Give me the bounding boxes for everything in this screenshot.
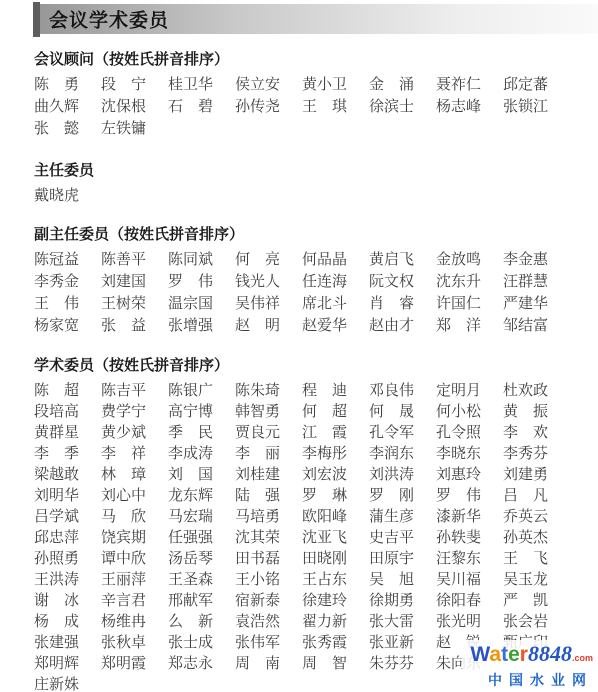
member-name: 辛言君 [101,590,146,611]
member-name: 高宁博 [168,401,213,422]
member-name: 张光明 [436,611,481,632]
member-name: 徐滨士 [369,96,414,118]
member-name: 杨成 [34,611,79,632]
member-name: 李祥 [101,443,146,464]
member-name: 谭中欣 [101,548,146,569]
member-name: 曲久辉 [34,96,79,118]
member-name: 刘心中 [101,485,146,506]
member-name: 孙英杰 [503,527,548,548]
member-name: 左铁镛 [101,118,146,140]
member-name: 漆新华 [436,506,481,527]
member-name: 黄群星 [34,422,79,443]
member-name: 王洪涛 [34,569,79,590]
chair-name-list: 戴晓虎 [34,185,570,207]
member-name: 刘建勇 [503,464,548,485]
member-name: 马培勇 [235,506,280,527]
member-name: 任连海 [302,271,347,293]
member-name: 陆强 [235,485,280,506]
member-name: 赵明 [235,315,280,337]
member-name: 黄启飞 [369,249,414,271]
member-name: 张士成 [168,632,213,653]
section-academic-members-title: 学术委员（按姓氏拼音排序） [34,356,570,376]
member-name: 孔令照 [436,422,481,443]
member-name: 桂卫华 [168,74,213,96]
member-name: 费学宁 [101,401,146,422]
member-name: 马宏瑞 [168,506,213,527]
member-name: 吕学斌 [34,506,79,527]
member-name: 翟力新 [302,611,347,632]
member-name: 李秀金 [34,271,79,293]
member-name: 陈冠益 [34,249,79,271]
member-name: 史吉平 [369,527,414,548]
member-name: 石碧 [168,96,213,118]
member-name: 段培高 [34,401,79,422]
member-name: 郑明霞 [101,653,146,674]
member-name: 刘洪涛 [369,464,414,485]
member-name: 张益 [101,315,146,337]
member-name: 吴伟祥 [235,293,280,315]
member-name: 吴旭 [369,569,414,590]
member-name: 田书磊 [235,548,280,569]
member-name: 赵爱华 [302,315,347,337]
member-name: 李梅彤 [302,443,347,464]
member-name: 杨维冉 [101,611,146,632]
member-name: 任强强 [168,527,213,548]
member-name: 贾良元 [235,422,280,443]
member-name: 张建强 [34,632,79,653]
member-name: 江霞 [302,422,347,443]
member-name: 李成涛 [168,443,213,464]
member-name: 陈吉平 [101,380,146,401]
member-name: 朱芬芬 [369,653,414,674]
member-name: 黄小卫 [302,74,347,96]
member-name: 陈超 [34,380,79,401]
member-name: 邢献军 [168,590,213,611]
member-name: 马欣 [101,506,146,527]
brand-letter: a [489,643,501,666]
vice-chairs-name-list: 陈冠益陈善平陈同斌何亮何品晶黄启飞金放鸣李金惠李秀金刘建国罗伟钱光人任连海阮文权… [34,249,570,337]
member-name: 庄新姝 [34,674,79,692]
member-name: 季民 [168,422,213,443]
member-name: 金放鸣 [436,249,481,271]
member-name: 严建华 [503,293,548,315]
member-name: 王琪 [302,96,347,118]
member-name: 王树荣 [101,293,146,315]
member-name: 沈保根 [101,96,146,118]
member-name: 杨志峰 [436,96,481,118]
member-name: 定明月 [436,380,481,401]
member-name: 侯立安 [235,74,280,96]
member-name: 刘惠玲 [436,464,481,485]
member-name: 何品晶 [302,249,347,271]
member-name: 周南 [235,653,280,674]
member-name: 周智 [302,653,347,674]
member-name: 何小松 [436,401,481,422]
section-chair: 主任委员 戴晓虎 [34,161,570,207]
member-name: 吕凡 [503,485,548,506]
member-name: 汪黎东 [436,548,481,569]
member-name: 李秀芬 [503,443,548,464]
member-name: 严凯 [503,590,548,611]
member-name: 吴川福 [436,569,481,590]
watermark-tagline: 中国水业网 [470,672,593,688]
member-name: 张增强 [168,315,213,337]
member-name: 张秋卓 [101,632,146,653]
member-name: 李金惠 [503,249,548,271]
member-name: 汪群慧 [503,271,548,293]
member-name: 席北斗 [302,293,347,315]
member-name: 郑志永 [168,653,213,674]
advisors-name-list: 陈勇段宁桂卫华侯立安黄小卫金涌聂祚仁邱定蕃曲久辉沈保根石碧孙传尧王琪徐滨士杨志峰… [34,74,570,140]
member-name: 郑明辉 [34,653,79,674]
member-name: 陈朱琦 [235,380,280,401]
member-name: 孙轶斐 [436,527,481,548]
member-name: 程迪 [302,380,347,401]
member-name: 阮文权 [369,271,414,293]
member-name: 刘明华 [34,485,79,506]
member-name: 孙照勇 [34,548,79,569]
member-name: 许国仁 [436,293,481,315]
section-advisors: 会议顾问（按姓氏拼音排序） 陈勇段宁桂卫华侯立安黄小卫金涌聂祚仁邱定蕃曲久辉沈保… [34,50,570,140]
member-name: 徐建玲 [302,590,347,611]
member-name: 邱定蕃 [503,74,548,96]
page-title: 会议学术委员 [49,6,169,33]
member-name: 罗伟 [168,271,213,293]
member-name: 田原宇 [369,548,414,569]
member-name: 沈亚飞 [302,527,347,548]
section-vice-chairs-title: 副主任委员（按姓氏拼音排序） [34,225,570,245]
member-name: 邱忠萍 [34,527,79,548]
member-name: 刘建国 [101,271,146,293]
member-name: 何亮 [235,249,280,271]
member-name: 张亚新 [369,632,414,653]
member-name: 陈勇 [34,74,79,96]
member-name: 陈同斌 [168,249,213,271]
member-name: 邓良伟 [369,380,414,401]
member-name: 金涌 [369,74,414,96]
member-name: 肖睿 [369,293,414,315]
member-name: 乔英云 [503,506,548,527]
member-name: 李丽 [235,443,280,464]
member-name: 杨家宽 [34,315,79,337]
member-name: 龙东辉 [168,485,213,506]
member-name: 田晓刚 [302,548,347,569]
brand-number: 8848 [528,641,572,666]
water8848-watermark-logo: Water8848.com 中国水业网 [462,640,596,690]
member-name: 蒲生彦 [369,506,414,527]
member-name: 林璋 [101,464,146,485]
brand-letter: e [508,643,520,666]
member-name: 罗伟 [436,485,481,506]
member-name: 刘桂建 [235,464,280,485]
member-name: 徐阳春 [436,590,481,611]
member-name: 王伟 [34,293,79,315]
member-name: 张会岩 [503,611,548,632]
member-name: 刘宏波 [302,464,347,485]
committee-content: 会议顾问（按姓氏拼音排序） 陈勇段宁桂卫华侯立安黄小卫金涌聂祚仁邱定蕃曲久辉沈保… [0,50,598,692]
member-name: 戴晓虎 [34,185,79,207]
member-name: 王占东 [302,569,347,590]
member-name: 梁越敢 [34,464,79,485]
member-name: 宿新泰 [235,590,280,611]
member-name: 张大雷 [369,611,414,632]
member-name: 沈其荣 [235,527,280,548]
brand-tld: .com [572,653,593,663]
member-name: 钱光人 [235,271,280,293]
member-name: 邹结富 [503,315,548,337]
member-name: 吴玉龙 [503,569,548,590]
watermark-brand-line: Water8848.com [470,642,593,670]
member-name: 陈善平 [101,249,146,271]
member-name: 谢冰 [34,590,79,611]
member-name: 徐期勇 [369,590,414,611]
member-name: 王飞 [503,548,548,569]
member-name: 李晓东 [436,443,481,464]
member-name: 何超 [302,401,347,422]
member-name: 杜欢政 [503,380,548,401]
section-chair-title: 主任委员 [34,161,570,181]
member-name: 王丽萍 [101,569,146,590]
member-name: 王小铭 [235,569,280,590]
brand-letter: W [470,643,489,666]
member-name: 沈东升 [436,271,481,293]
member-name: 黄振 [503,401,548,422]
header-accent-bar [33,2,40,37]
member-name: 刘国 [168,464,213,485]
member-name: 黄少斌 [101,422,146,443]
member-name: 李欢 [503,422,548,443]
member-name: 段宁 [101,74,146,96]
member-name: 张懿 [34,118,79,140]
page-header: 会议学术委员 [0,4,598,34]
member-name: 郑洋 [436,315,481,337]
member-name: 张锁江 [503,96,548,118]
member-name: 么新 [168,611,213,632]
member-name: 罗琳 [302,485,347,506]
member-name: 汤岳琴 [168,548,213,569]
member-name: 袁浩然 [235,611,280,632]
member-name: 张秀霞 [302,632,347,653]
member-name: 王圣森 [168,569,213,590]
member-name: 李季 [34,443,79,464]
member-name: 赵由才 [369,315,414,337]
brand-letters: Water [470,648,528,665]
section-advisors-title: 会议顾问（按姓氏拼音排序） [34,50,570,70]
member-name: 孔令军 [369,422,414,443]
member-name: 何晟 [369,401,414,422]
brand-letter: r [520,643,528,666]
member-name: 罗刚 [369,485,414,506]
member-name: 温宗国 [168,293,213,315]
member-name: 李润东 [369,443,414,464]
member-name: 陈银广 [168,380,213,401]
section-vice-chairs: 副主任委员（按姓氏拼音排序） 陈冠益陈善平陈同斌何亮何品晶黄启飞金放鸣李金惠李秀… [34,225,570,337]
member-name: 韩智勇 [235,401,280,422]
member-name: 饶宾期 [101,527,146,548]
page: { "header": { "title": "会议学术委员" }, "sect… [0,0,598,692]
member-name: 聂祚仁 [436,74,481,96]
member-name: 欧阳峰 [302,506,347,527]
member-name: 孙传尧 [235,96,280,118]
member-name: 张伟军 [235,632,280,653]
